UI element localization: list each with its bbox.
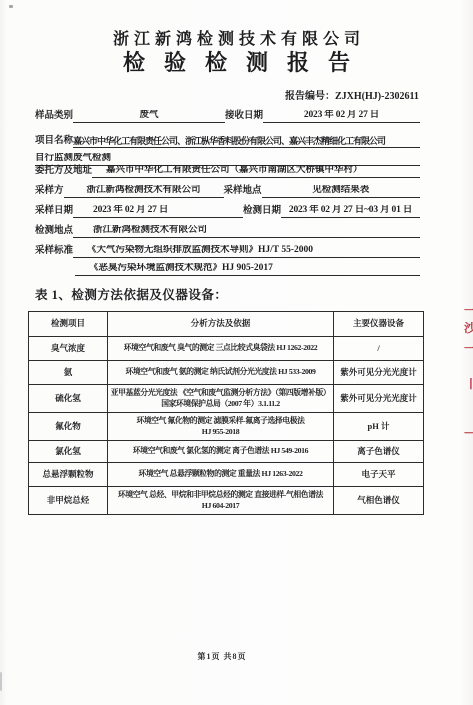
table-row: 臭气浓度 环境空气和废气 臭气的测定 三点比较式臭袋法 HJ 1262-2022… — [29, 337, 424, 361]
methods-instruments-table: 检测项目 分析方法及依据 主要仪器设备 臭气浓度 环境空气和废气 臭气的测定 三… — [28, 311, 424, 515]
scan-smudge — [0, 672, 2, 691]
sampling-standard-label: 采样标准 — [35, 246, 73, 258]
sampling-site-label: 采样地点 — [224, 186, 262, 198]
sampling-date-value: 2023 年 02 月 27 日 — [73, 205, 243, 218]
col-header-method: 分析方法及依据 — [108, 312, 334, 337]
client-value: 嘉兴市中华化工有限责任公司（嘉兴市南湖区大桥镇中华村） — [92, 165, 420, 178]
sampler-value: 浙江新鸿检测技术有限公司 — [64, 185, 224, 198]
test-site-value: 浙江新鸿检测技术有限公司 — [73, 225, 420, 238]
red-stamp-fragment-icon: 丨 — [464, 378, 473, 392]
cell-item: 氯化氢 — [29, 441, 108, 463]
form-row-sampling-standard-cont: 《恶臭污染环境监测技术规范》HJ 905-2017 — [75, 256, 420, 276]
sampling-date-label: 采样日期 — [35, 206, 73, 218]
sampling-site-value: 见检测结果表 — [262, 185, 420, 198]
report-number-label: 报告编号： — [285, 91, 335, 102]
cell-method: 环境空气 总悬浮颗粒物的测定 重量法 HJ 1263-2022 — [108, 463, 334, 487]
red-stamp-fragment-icon: 沙 — [464, 322, 473, 334]
cell-method: 环境空气 总烃、甲烷和非甲烷总烃的测定 直接进样-气相色谱法 HJ 604-20… — [108, 487, 334, 515]
red-stamp-fragment-icon: 一 — [464, 427, 473, 440]
table-row: 氨 环境空气和废气 氨的测定 纳氏试剂分光光度法 HJ 533-2009 紫外可… — [29, 361, 424, 385]
red-stamp-fragment-icon: 一 — [464, 306, 473, 317]
scan-speck — [9, 5, 13, 8]
client-label: 委托方及地址 — [35, 166, 92, 178]
test-date-value: 2023 年 02 月 27 日~03 月 01 日 — [281, 205, 420, 218]
sampling-standard-value-line2: 《恶臭污染环境监测技术规范》HJ 905-2017 — [75, 263, 420, 276]
table-row: 硫化氢 亚甲基蓝分光光度法 《空气和废气监测分析方法》（第四版增补版） 国家环境… — [29, 385, 424, 413]
form-row-project-name: 项目名称 嘉兴市中华化工有限责任公司、浙江枞华香料股份有限公司、嘉兴丰杰精细化工… — [35, 128, 420, 148]
test-site-label: 检测地点 — [35, 226, 73, 238]
form-row-client: 委托方及地址 嘉兴市中华化工有限责任公司（嘉兴市南湖区大桥镇中华村） — [35, 158, 420, 178]
report-number-line: 报告编号：ZJXH(HJ)-2302611 — [285, 87, 419, 102]
cell-item: 氨 — [29, 361, 108, 385]
cell-instrument: / — [334, 337, 424, 361]
report-number-value: ZJXH(HJ)-2302611 — [335, 91, 419, 102]
cell-item: 臭气浓度 — [29, 337, 108, 361]
form-row-sampling-date: 采样日期 2023 年 02 月 27 日 检测日期 2023 年 02 月 2… — [35, 198, 420, 218]
cell-method: 环境空气 氟化物的测定 滤膜采样-氟离子选择电极法 HJ 955-2018 — [108, 413, 334, 441]
report-title: 检验检测报告 — [0, 46, 473, 77]
cell-instrument: 气相色谱仪 — [334, 487, 424, 515]
cell-instrument: 离子色谱仪 — [334, 441, 424, 463]
report-page: 浙江新鸿检测技术有限公司 检验检测报告 报告编号：ZJXH(HJ)-230261… — [0, 0, 473, 705]
table-row: 氯化氢 环境空气和废气 氯化氢的测定 离子色谱法 HJ 549-2016 离子色… — [29, 441, 424, 463]
cell-instrument: 电子天平 — [334, 463, 424, 487]
col-header-item: 检测项目 — [29, 312, 108, 337]
form-row-sampling-standard: 采样标准 《大气污染物无组织排放监测技术导则》HJ/T 55-2000 — [35, 238, 420, 258]
sampler-label: 采样方 — [35, 186, 64, 198]
col-header-instrument: 主要仪器设备 — [334, 312, 424, 337]
test-date-label: 检测日期 — [243, 206, 281, 218]
form-row-test-site: 检测地点 浙江新鸿检测技术有限公司 — [35, 218, 420, 238]
table1-caption: 表 1、检测方法依据及仪器设备： — [35, 285, 227, 303]
cell-method: 环境空气和废气 臭气的测定 三点比较式臭袋法 HJ 1262-2022 — [108, 337, 334, 361]
table-header-row: 检测项目 分析方法及依据 主要仪器设备 — [29, 312, 424, 337]
form-row-sample-type: 样品类别 废气 接收日期 2023 年 02 月 27 日 — [35, 103, 420, 123]
page-number: 第1页 共8页 — [0, 651, 444, 662]
table-row: 非甲烷总烃 环境空气 总烃、甲烷和非甲烷总烃的测定 直接进样-气相色谱法 HJ … — [29, 487, 424, 515]
form-row-sampler: 采样方 浙江新鸿检测技术有限公司 采样地点 见检测结果表 — [35, 178, 420, 198]
table-row: 总悬浮颗粒物 环境空气 总悬浮颗粒物的测定 重量法 HJ 1263-2022 电… — [29, 463, 424, 487]
table-row: 氟化物 环境空气 氟化物的测定 滤膜采样-氟离子选择电极法 HJ 955-201… — [29, 413, 424, 441]
cell-method: 环境空气和废气 氯化氢的测定 离子色谱法 HJ 549-2016 — [108, 441, 334, 463]
receive-date-label: 接收日期 — [225, 111, 263, 123]
sample-type-label: 样品类别 — [35, 111, 73, 123]
cell-instrument: 紫外可见分光光度计 — [334, 361, 424, 385]
cell-item: 氟化物 — [29, 413, 108, 441]
cell-item: 总悬浮颗粒物 — [29, 463, 108, 487]
cell-instrument: 紫外可见分光光度计 — [334, 385, 424, 413]
cell-method: 亚甲基蓝分光光度法 《空气和废气监测分析方法》（第四版增补版） 国家环境保护总局… — [108, 385, 334, 413]
cell-instrument: pH 计 — [334, 413, 424, 441]
cell-item: 硫化氢 — [29, 385, 108, 413]
red-stamp-fragment-icon: 一 — [464, 344, 473, 355]
cell-item: 非甲烷总烃 — [29, 487, 108, 515]
sample-type-value: 废气 — [73, 110, 225, 123]
cell-method: 环境空气和废气 氨的测定 纳氏试剂分光光度法 HJ 533-2009 — [108, 361, 334, 385]
receive-date-value: 2023 年 02 月 27 日 — [263, 110, 420, 123]
